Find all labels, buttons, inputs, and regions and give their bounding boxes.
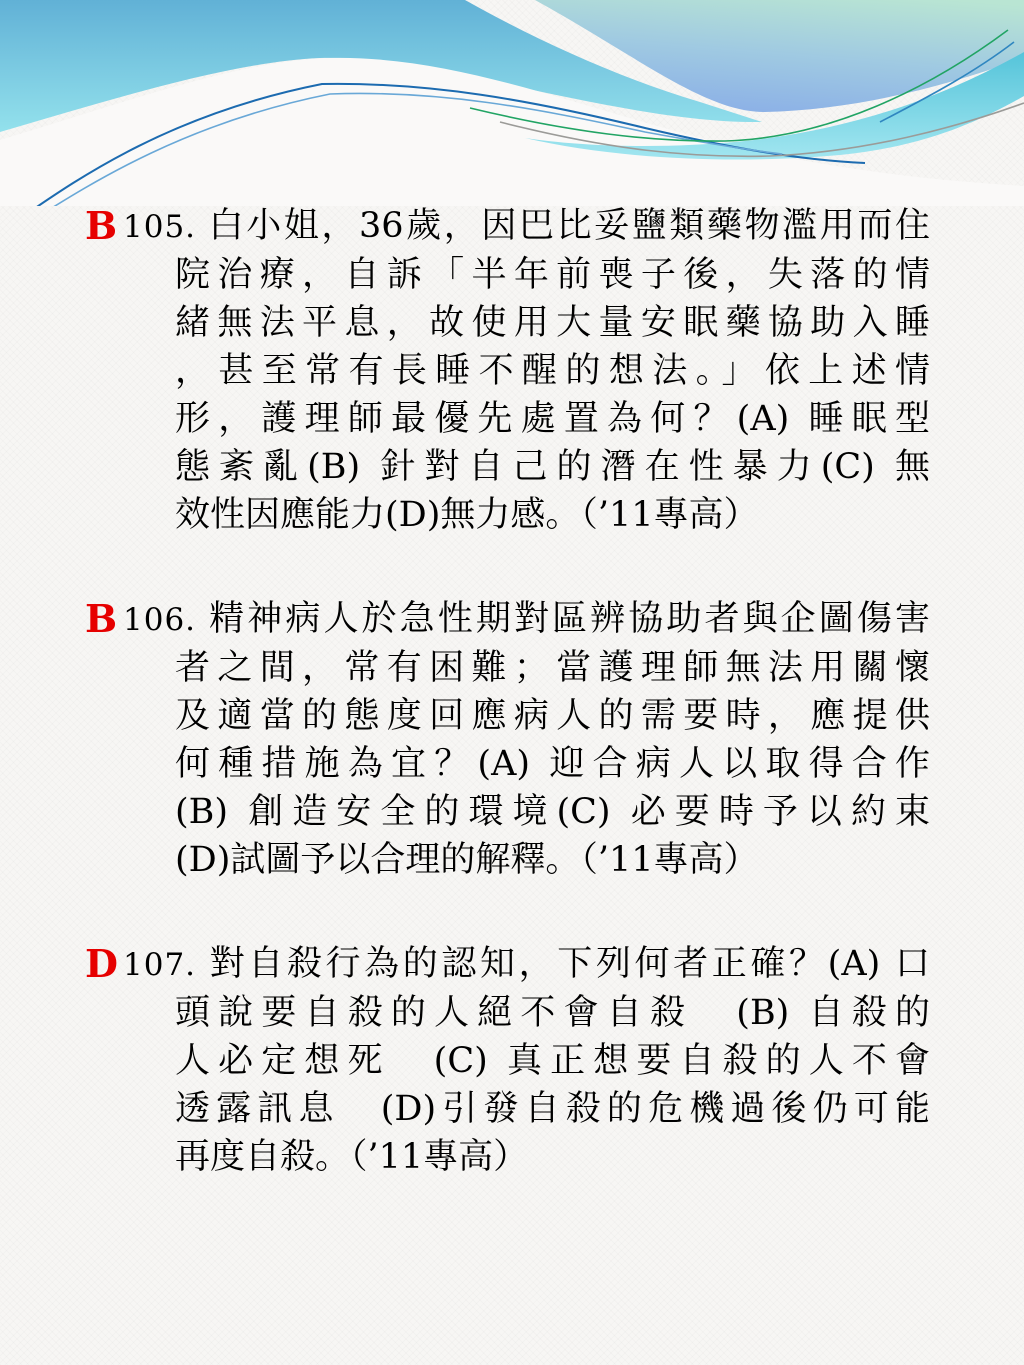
question-number: 105. (123, 209, 196, 245)
answer-letter: B (85, 202, 117, 250)
question-item: D 107.對自殺行為的認知，下列何者正確？(A) 口頭說要自殺的人絕不會自殺 … (0, 940, 1024, 1181)
question-number: 107. (123, 947, 196, 983)
question-line: 者之間，常有困難；當護理師無法用關懷 (123, 644, 930, 692)
wave-art (0, 0, 1024, 206)
question-line: 效性因應能力(D)無力感。（’11專高） (123, 491, 930, 539)
question-line: 106.精神病人於急性期對區辨協助者與企圖傷害 (123, 595, 930, 644)
question-line: 態紊亂(B) 針對自己的潛在性暴力(C) 無 (123, 443, 930, 491)
question-line: 頭說要自殺的人絕不會自殺 (B) 自殺的 (123, 989, 930, 1037)
slide: B 105.白小姐，36歲，因巴比妥鹽類藥物濫用而住院治療，自訴「半年前喪子後，… (0, 0, 1024, 1365)
question-line: 及適當的態度回應病人的需要時，應提供 (123, 692, 930, 740)
question-line: 人必定想死 (C) 真正想要自殺的人不會 (123, 1037, 930, 1085)
question-line: 緒無法平息，故使用大量安眠藥協助入睡 (123, 299, 930, 347)
question-list: B 105.白小姐，36歲，因巴比妥鹽類藥物濫用而住院治療，自訴「半年前喪子後，… (0, 202, 1024, 1237)
question-line: 107.對自殺行為的認知，下列何者正確？(A) 口 (123, 940, 930, 989)
question-line: (D)試圖予以合理的解釋。（’11專高） (123, 836, 930, 884)
question-line: ，甚至常有長睡不醒的想法。」依上述情 (123, 347, 930, 395)
question-line: 何種措施為宜？(A) 迎合病人以取得合作 (123, 740, 930, 788)
question-line: 再度自殺。（’11專高） (123, 1133, 930, 1181)
question-line: (B) 創造安全的環境(C) 必要時予以約束 (123, 788, 930, 836)
question-lines: 107.對自殺行為的認知，下列何者正確？(A) 口頭說要自殺的人絕不會自殺 (B… (123, 940, 930, 1181)
question-lines: 105.白小姐，36歲，因巴比妥鹽類藥物濫用而住院治療，自訴「半年前喪子後，失落… (123, 202, 930, 539)
question-line: 105.白小姐，36歲，因巴比妥鹽類藥物濫用而住 (123, 202, 930, 251)
answer-letter: D (85, 940, 118, 988)
header-wave-decoration (0, 0, 1024, 206)
answer-letter: B (85, 595, 117, 643)
question-item: B 105.白小姐，36歲，因巴比妥鹽類藥物濫用而住院治療，自訴「半年前喪子後，… (0, 202, 1024, 539)
question-line: 院治療，自訴「半年前喪子後，失落的情 (123, 251, 930, 299)
question-number: 106. (123, 602, 196, 638)
question-line: 透露訊息 (D)引發自殺的危機過後仍可能 (123, 1085, 930, 1133)
question-lines: 106.精神病人於急性期對區辨協助者與企圖傷害者之間，常有困難；當護理師無法用關… (123, 595, 930, 884)
question-line: 形，護理師最優先處置為何？(A) 睡眠型 (123, 395, 930, 443)
question-item: B 106.精神病人於急性期對區辨協助者與企圖傷害者之間，常有困難；當護理師無法… (0, 595, 1024, 884)
